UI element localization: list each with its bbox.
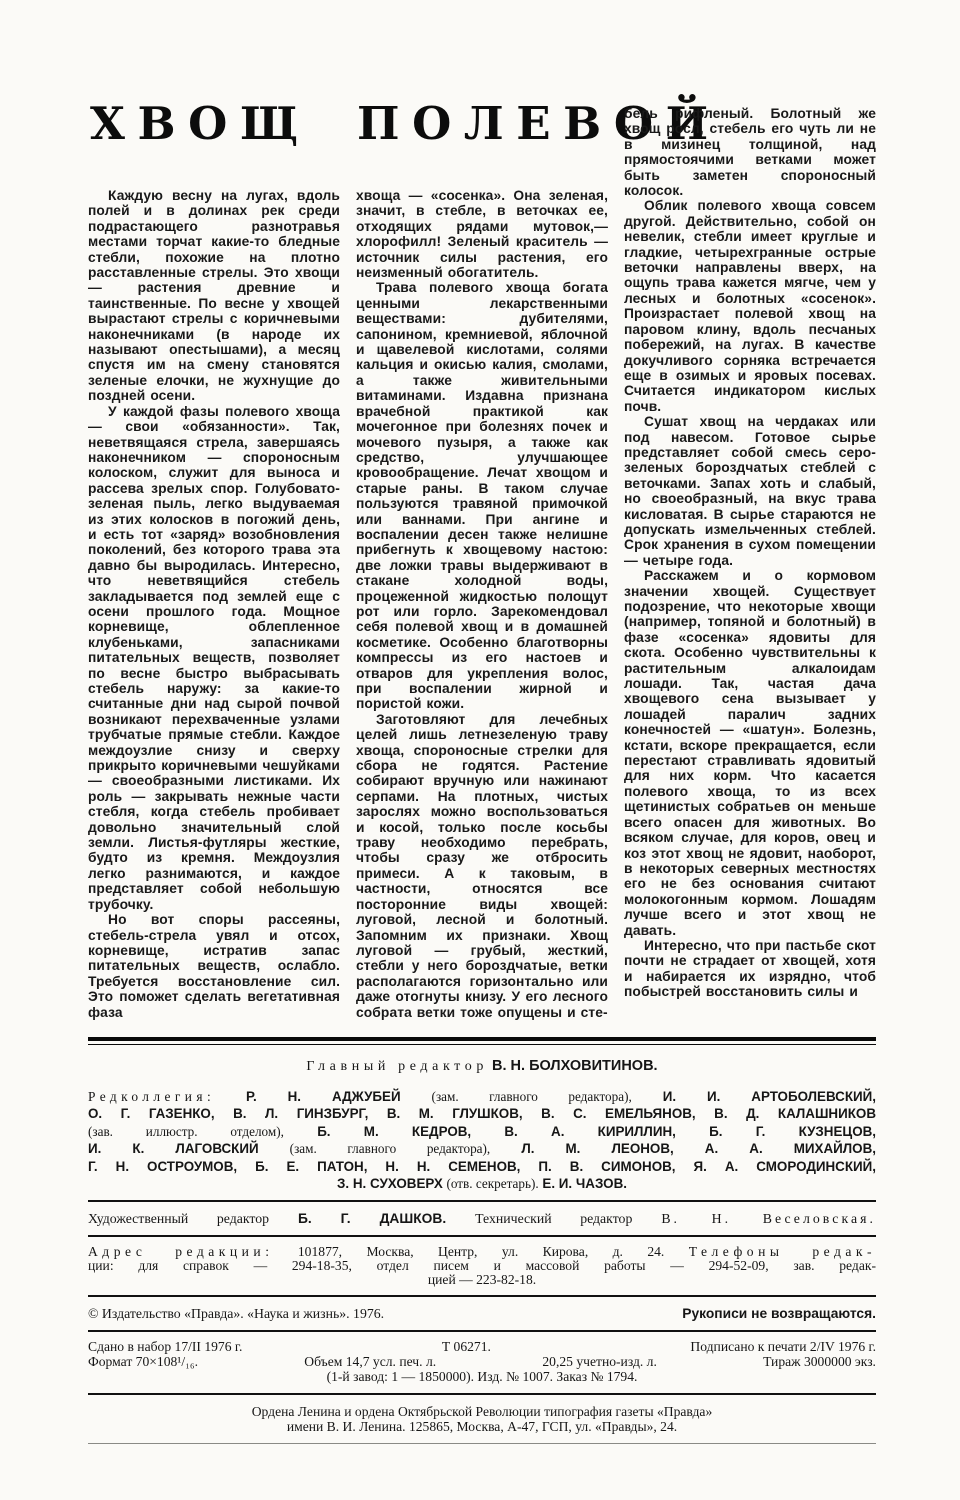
art-editor-label: Художественный редактор — [88, 1211, 269, 1226]
tech-editor-label: Технический редактор — [475, 1211, 632, 1226]
board-line: (зав. иллюстр. отделом), Б. М. КЕДРОВ, В… — [88, 1123, 876, 1140]
article-paragraph: хвоща — «сосенка». Она зеленая, значит, … — [356, 188, 608, 280]
chief-editor-label: Главный редактор — [306, 1059, 488, 1074]
article-paragraph: Но вот споры рассеяны, стебель-стрела ув… — [88, 912, 340, 1020]
address-block: Адрес редакции: 101877, Москва, Центр, у… — [88, 1245, 876, 1286]
address-line: цией — 223-82-18. — [88, 1273, 876, 1287]
copyright-text: © Издательство «Правда». «Наука и жизнь»… — [88, 1306, 384, 1322]
colophon: Главный редактор В. Н. БОЛХОВИТИНОВ. Ред… — [0, 1037, 960, 1444]
board-role: (зам. главного редактора), — [432, 1089, 632, 1104]
article-title: ХВОЩ ПОЛЕВОЙ — [90, 98, 608, 150]
board-line: Г. Н. ОСТРОУМОВ, Б. Е. ПАТОН, Н. Н. СЕМЕ… — [88, 1158, 876, 1175]
typography-line: Ордена Ленина и ордена Октябрьской Револ… — [88, 1405, 876, 1420]
board-member: Б. М. КЕДРОВ, В. А. КИРИЛЛИН, Б. Г. КУЗН… — [317, 1124, 876, 1139]
copyright-row: © Издательство «Правда». «Наука и жизнь»… — [88, 1306, 876, 1322]
print-info-line: Сдано в набор 17/II 1976 г. Т 06271. Под… — [88, 1340, 876, 1354]
print-info-line: (1-й завод: 1 — 1850000). Изд. № 1007. З… — [88, 1370, 876, 1384]
typography-block: Ордена Ленина и ордена Октябрьской Револ… — [88, 1405, 876, 1434]
article-paragraph: Трава полевого хвоща богата ценными лека… — [356, 280, 608, 711]
tirage-value: Тираж 3000000 экз. — [763, 1355, 876, 1369]
article-column-2: хвоща — «сосенка». Она зеленая, значит, … — [356, 188, 608, 1020]
article-two-columns: Каждую весну на лугах, вдоль полей и в д… — [88, 188, 608, 1020]
divider-rule — [88, 1295, 876, 1297]
article-paragraph: бель рифленый. Болотный же хвощ росл, ст… — [624, 106, 876, 198]
editors-line: Художественный редактор Б. Г. ДАШКОВ. Те… — [88, 1211, 876, 1227]
article-paragraph: Расскажем и о кормовом значении хвощей. … — [624, 568, 876, 938]
manuscripts-note: Рукописи не возвращаются. — [682, 1306, 876, 1321]
board-member: Л. М. ЛЕОНОВ, А. А. МИХАЙЛОВ, — [521, 1141, 876, 1156]
article-left-group: ХВОЩ ПОЛЕВОЙ Каждую весну на лугах, вдол… — [88, 0, 608, 1037]
typography-line: имени В. И. Ленина. 125865, Москва, А-47… — [88, 1420, 876, 1435]
article: ХВОЩ ПОЛЕВОЙ Каждую весну на лугах, вдол… — [0, 0, 960, 1037]
board-line: О. Г. ГАЗЕНКО, В. Л. ГИНЗБУРГ, В. М. ГЛУ… — [88, 1105, 876, 1122]
print-info-line: Формат 70×108¹/₁₆. Объем 14,7 усл. печ. … — [88, 1355, 876, 1369]
tech-editor-name: В. Н. Веселовская. — [661, 1211, 876, 1226]
divider-rule — [88, 1200, 876, 1202]
board-member: И. К. ЛАГОВСКИЙ — [88, 1141, 259, 1156]
bottom-rule — [88, 1443, 876, 1444]
article-paragraph: Каждую весну на лугах, вдоль полей и в д… — [88, 188, 340, 404]
divider-rule — [88, 1330, 876, 1332]
board-member: Р. Н. АДЖУБЕЙ — [246, 1089, 401, 1104]
magazine-page: ХВОЩ ПОЛЕВОЙ Каждую весну на лугах, вдол… — [0, 0, 960, 1500]
board-line: Редколлегия: Р. Н. АДЖУБЕЙ (зам. главног… — [88, 1088, 876, 1105]
address-line: ции: для справок — 294-18-35, отдел писе… — [88, 1259, 876, 1273]
board-role: (отв. секретарь). — [446, 1176, 538, 1191]
board-line: З. Н. СУХОВЕРХ (отв. секретарь). Е. И. Ч… — [88, 1175, 876, 1192]
address-line: Адрес редакции: 101877, Москва, Центр, у… — [88, 1245, 876, 1259]
article-paragraph: Заготовляют для лечебных целей лишь летн… — [356, 712, 608, 1020]
chief-editor-name: В. Н. БОЛХОВИТИНОВ. — [492, 1058, 658, 1074]
chief-editor-line: Главный редактор В. Н. БОЛХОВИТИНОВ. — [88, 1058, 876, 1075]
print-info-block: Сдано в набор 17/II 1976 г. Т 06271. Под… — [88, 1340, 876, 1384]
board-label: Редколлегия: — [88, 1089, 215, 1104]
board-role: (зам. главного редактора), — [290, 1141, 491, 1156]
volume-value: Объем 14,7 усл. печ. л. — [304, 1355, 436, 1369]
heavy-divider-rule — [88, 1037, 876, 1045]
board-role: (зав. иллюстр. отделом), — [88, 1124, 284, 1139]
account-value: 20,25 учетно-изд. л. — [542, 1355, 657, 1369]
divider-rule — [88, 1393, 876, 1395]
article-paragraph: Сушат хвощ на чердаках или под навесом. … — [624, 414, 876, 568]
article-paragraph: У каждой фазы полевого хвоща — свои «обя… — [88, 404, 340, 912]
article-paragraph: Облик полевого хвоща совсем другой. Дейс… — [624, 198, 876, 414]
board-member: Е. И. ЧАЗОВ. — [542, 1176, 627, 1191]
board-line: И. К. ЛАГОВСКИЙ (зам. главного редактора… — [88, 1140, 876, 1157]
t-number: Т 06271. — [442, 1340, 491, 1354]
format-value: Формат 70×108¹/₁₆. — [88, 1355, 198, 1369]
editorial-board: Редколлегия: Р. Н. АДЖУБЕЙ (зам. главног… — [88, 1088, 876, 1192]
art-editor-name: Б. Г. ДАШКОВ. — [298, 1211, 446, 1226]
signed-date: Подписано к печати 2/IV 1976 г. — [690, 1340, 876, 1354]
article-column-3: бель рифленый. Болотный же хвощ росл, ст… — [624, 0, 876, 1037]
article-paragraph: Интересно, что при пастьбе скот почти не… — [624, 938, 876, 1000]
board-member: И. И. АРТОБОЛЕВСКИЙ, — [663, 1089, 876, 1104]
article-column-1: Каждую весну на лугах, вдоль полей и в д… — [88, 188, 340, 1020]
divider-rule — [88, 1235, 876, 1237]
board-member: З. Н. СУХОВЕРХ — [337, 1176, 443, 1191]
typeset-date: Сдано в набор 17/II 1976 г. — [88, 1340, 242, 1354]
